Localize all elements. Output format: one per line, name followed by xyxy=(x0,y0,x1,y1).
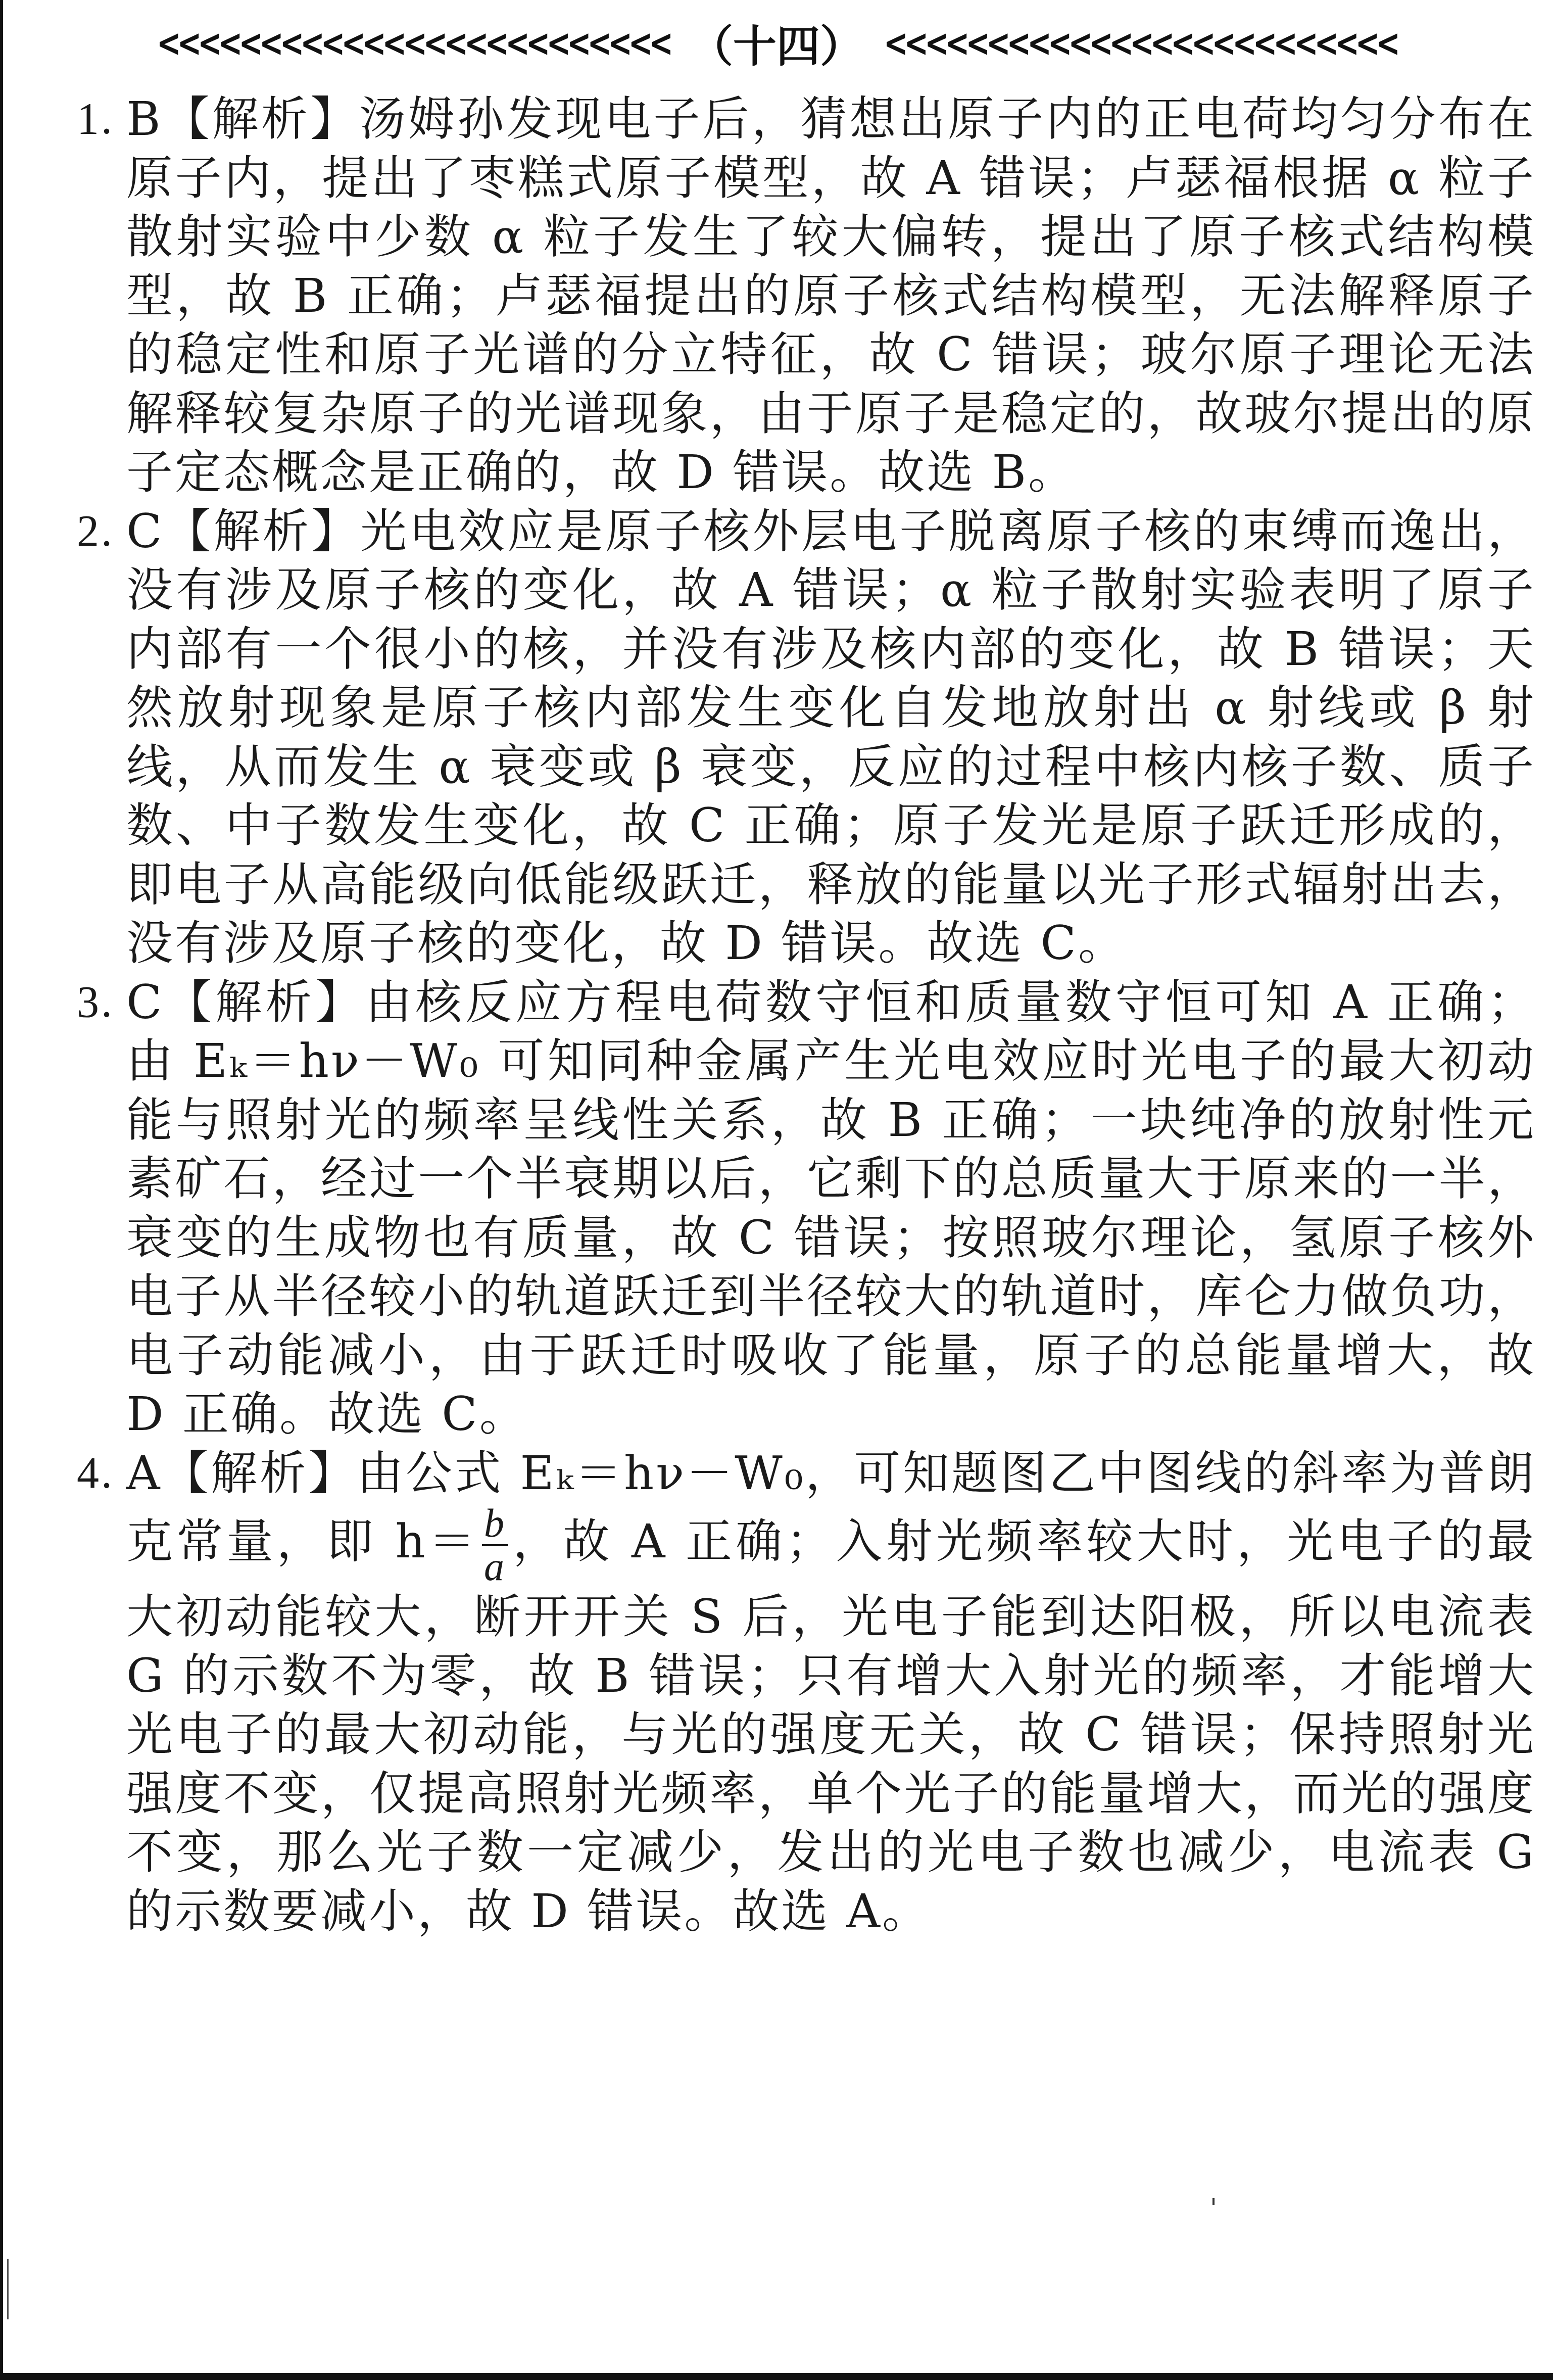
analysis-label: 【解析】 xyxy=(163,92,359,146)
item-number: 4. xyxy=(77,1444,114,1503)
item-number: 2. xyxy=(77,502,114,561)
fraction-b-over-a: ba xyxy=(482,1503,508,1588)
analysis-text: 光电效应是原子核外层电子脱离原子核的束缚而逸出，没有涉及原子核的变化，故 A 错… xyxy=(126,504,1536,971)
item-body: C【解析】光电效应是原子核外层电子脱离原子核的束缚而逸出，没有涉及原子核的变化，… xyxy=(126,504,1536,971)
fraction-numerator: b xyxy=(482,1503,508,1546)
section-title: （十四） xyxy=(690,12,863,74)
answer-item-3: 3. C【解析】由核反应方程电荷数守恒和质量数守恒可知 A 正确；由 Eₖ＝hν… xyxy=(76,973,1536,1444)
analysis-label: 【解析】 xyxy=(162,1446,357,1500)
item-number: 3. xyxy=(77,973,114,1032)
scan-speck xyxy=(1212,2198,1215,2205)
analysis-label: 【解析】 xyxy=(164,975,365,1029)
analysis-label: 【解析】 xyxy=(164,504,360,558)
answer-item-4: 4. A【解析】由公式 Eₖ＝hν－W₀，可知题图乙中图线的斜率为普朗克常量，即… xyxy=(76,1444,1536,1941)
analysis-text: 汤姆孙发现电子后，猜想出原子内的正电荷均匀分布在原子内，提出了枣糕式原子模型，故… xyxy=(126,92,1536,499)
answer-item-1: 1. B【解析】汤姆孙发现电子后，猜想出原子内的正电荷均匀分布在原子内，提出了枣… xyxy=(76,90,1536,502)
answer-letter: B xyxy=(126,92,163,146)
fraction-denominator: a xyxy=(482,1546,508,1588)
item-body: B【解析】汤姆孙发现电子后，猜想出原子内的正电荷均匀分布在原子内，提出了枣糕式原… xyxy=(126,92,1536,499)
section-header: <<<<<<<<<<<<<<<<<<<<<<<<< （十四） <<<<<<<<<… xyxy=(0,15,1553,71)
analysis-text: 由核反应方程电荷数守恒和质量数守恒可知 A 正确；由 Eₖ＝hν－W₀ 可知同种… xyxy=(126,975,1536,1442)
answer-list: 1. B【解析】汤姆孙发现电子后，猜想出原子内的正电荷均匀分布在原子内，提出了枣… xyxy=(76,90,1536,1941)
scan-border-bottom xyxy=(0,2373,1553,2380)
answer-letter: C xyxy=(126,504,164,558)
right-chevron-ornament: <<<<<<<<<<<<<<<<<<<<<<<<< xyxy=(884,24,1396,62)
answer-letter: A xyxy=(126,1446,162,1500)
item-body: C【解析】由核反应方程电荷数守恒和质量数守恒可知 A 正确；由 Eₖ＝hν－W₀… xyxy=(126,975,1536,1442)
analysis-text-part2: ，故 A 正确；入射光频率较大时，光电子的最大初动能较大，断开开关 S 后，光电… xyxy=(126,1514,1536,1938)
scan-speck xyxy=(7,2259,9,2319)
scan-border-left xyxy=(0,0,3,2380)
left-chevron-ornament: <<<<<<<<<<<<<<<<<<<<<<<<< xyxy=(157,24,669,62)
item-body: A【解析】由公式 Eₖ＝hν－W₀，可知题图乙中图线的斜率为普朗克常量，即 h＝… xyxy=(126,1446,1536,1938)
answer-letter: C xyxy=(126,975,164,1029)
item-number: 1. xyxy=(77,90,114,149)
answer-item-2: 2. C【解析】光电效应是原子核外层电子脱离原子核的束缚而逸出，没有涉及原子核的… xyxy=(76,502,1536,973)
